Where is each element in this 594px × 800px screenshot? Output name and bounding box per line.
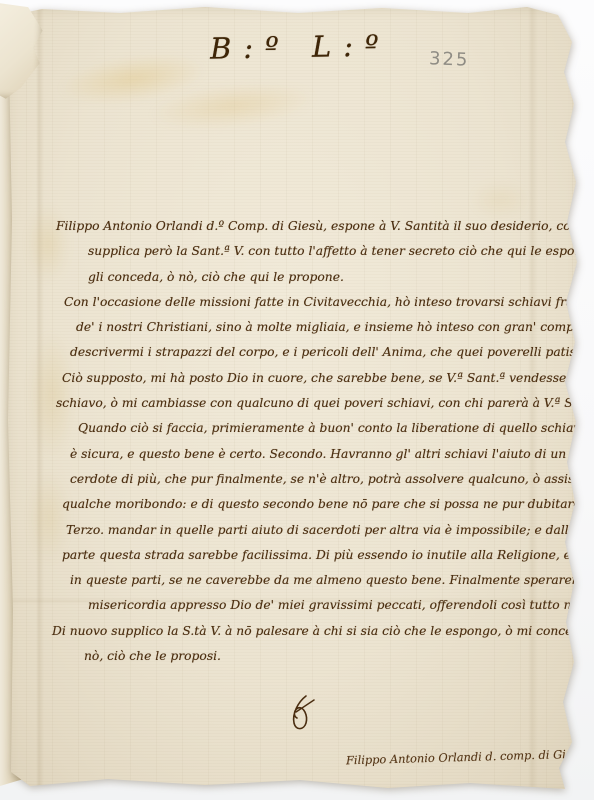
letter-line: gli conceda, ò nò, ciò che qui le propon… bbox=[88, 265, 568, 290]
paper-sheet-wrap: B:º L:º 325 Filippo Antonio Orlandi d.º … bbox=[0, 0, 594, 800]
letter-line: è sicura, e questo bene è certo. Secondo… bbox=[70, 442, 568, 467]
attribution-note: Filippo Antonio Orlandi d. comp. di Gies… bbox=[346, 747, 586, 768]
letter-line: descrivermi i strapazzi del corpo, e i p… bbox=[70, 340, 568, 365]
letter-line: Filippo Antonio Orlandi d.º Comp. di Gie… bbox=[56, 214, 568, 239]
letter-line: parte questa strada sarebbe facilissima.… bbox=[62, 543, 568, 568]
letter-line: cerdote di più, che pur finalmente, se n… bbox=[70, 467, 568, 492]
letter-line: supplica però la Sant.ª V. con tutto l'a… bbox=[88, 239, 568, 264]
letter-line: Di nuovo supplico la S.tà V. à nō palesa… bbox=[52, 619, 568, 644]
letter-line: Terzo. mandar in quelle parti aiuto di s… bbox=[66, 518, 568, 543]
letter-line: de' i nostri Christiani, sino à molte mi… bbox=[76, 315, 568, 340]
letter-line: nò, ciò che le proposi. bbox=[84, 644, 568, 669]
archival-pencil-number: 325 bbox=[429, 48, 470, 70]
manuscript-scan: B:º L:º 325 Filippo Antonio Orlandi d.º … bbox=[0, 0, 594, 800]
letter-line: qualche moribondo: e di questo secondo b… bbox=[62, 492, 568, 517]
letter-line: schiavo, ò mi cambiasse con qualcuno di … bbox=[56, 391, 568, 416]
paraph-flourish-icon bbox=[284, 692, 320, 738]
ink-bleedthrough-stain bbox=[56, 46, 211, 112]
letter-body: Filippo Antonio Orlandi d.º Comp. di Gie… bbox=[42, 214, 568, 669]
ink-bleedthrough-stain bbox=[146, 75, 320, 137]
letter-line: misericordia appresso Dio de' miei gravi… bbox=[88, 593, 568, 618]
salutation-abbreviation: B:º L:º bbox=[210, 28, 391, 65]
paper-sheet: B:º L:º 325 Filippo Antonio Orlandi d.º … bbox=[0, 0, 594, 800]
letter-line: Con l'occasione delle missioni fatte in … bbox=[64, 290, 568, 315]
letter-line: Quando ciò si faccia, primieramente à bu… bbox=[78, 416, 568, 441]
letter-line: Ciò supposto, mi hà posto Dio in cuore, … bbox=[62, 366, 568, 391]
letter-line: in queste parti, se ne caverebbe da me a… bbox=[70, 568, 568, 593]
